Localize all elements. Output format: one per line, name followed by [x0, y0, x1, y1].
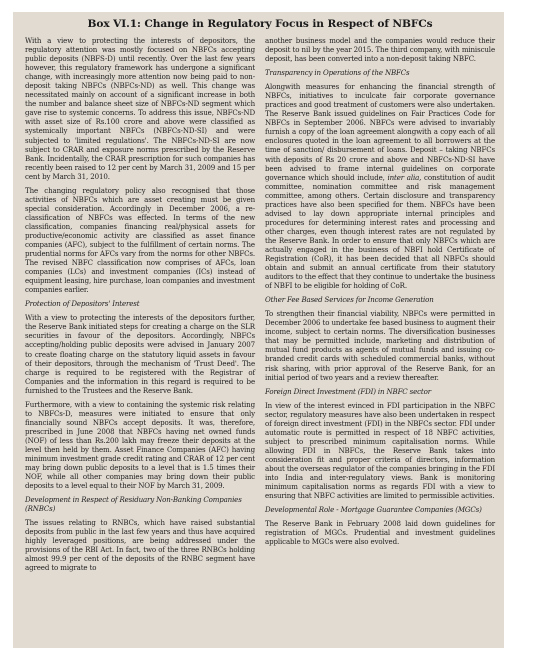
right-column: another business model and the companies…	[265, 36, 495, 577]
heading-mgc: Developmental Role - Mortgage Guarantee …	[265, 505, 495, 514]
paragraph-trust-deed: With a view to protecting the interests …	[25, 313, 255, 394]
text-segment: Alongwith measures for enhancing the fin…	[265, 82, 495, 181]
paragraph-regulatory-attention: With a view to protecting the interests …	[25, 36, 255, 181]
box-title: Box VI.1: Change in Regulatory Focus in …	[25, 18, 495, 30]
paragraph-mgc: The Reserve Bank in February 2008 laid d…	[265, 519, 495, 546]
paragraph-reclassification: The changing regulatory policy also reco…	[25, 186, 255, 295]
italic-inter-alia: inter alia	[387, 173, 419, 182]
paragraph-transparency: Alongwith measures for enhancing the fin…	[265, 82, 495, 290]
paragraph-fdi: In view of the interest evinced in FDI p…	[265, 401, 495, 501]
text-segment: , constitution of audit committee, nomin…	[265, 173, 495, 291]
box-vi-1: Box VI.1: Change in Regulatory Focus in …	[13, 12, 504, 648]
heading-transparency: Transparency in Operations of the NBFCs	[265, 68, 495, 77]
heading-fee-based-services: Other Fee Based Services for Income Gene…	[265, 295, 495, 304]
paragraph-rnbc-continued: another business model and the companies…	[265, 36, 495, 63]
two-column-body: With a view to protecting the interests …	[25, 36, 495, 577]
paragraph-systemic-risk: Furthermore, with a view to containing t…	[25, 400, 255, 490]
paragraph-fee-based: To strengthen their financial viability,…	[265, 309, 495, 381]
heading-protection-depositors: Protection of Depositors' Interest	[25, 299, 255, 308]
left-column: With a view to protecting the interests …	[25, 36, 255, 577]
heading-fdi: Foreign Direct Investment (FDI) in NBFC …	[265, 387, 495, 396]
paragraph-rnbc: The issues relating to RNBCs, which have…	[25, 518, 255, 572]
heading-rnbc: Development in Respect of Residuary Non-…	[25, 495, 255, 513]
